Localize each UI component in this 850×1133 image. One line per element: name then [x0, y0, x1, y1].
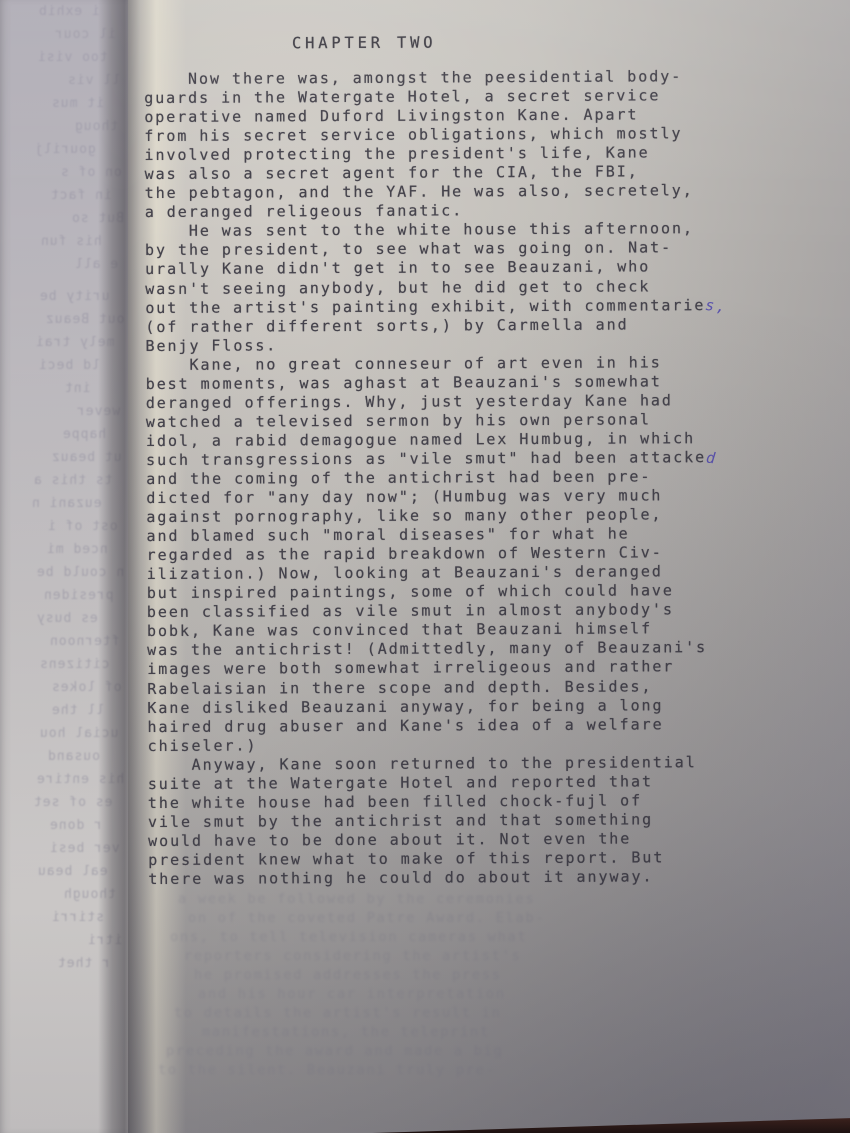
bleedthrough-text: a week be followed by the ceremonieson o…: [158, 890, 758, 1080]
bleedthrough-line: to details the artist's result in: [158, 1004, 758, 1023]
chapter-heading: CHAPTER TWO: [292, 34, 437, 53]
text-line: Anyway, Kane soon returned to the presid…: [148, 752, 788, 774]
bleedthrough-line: a week be followed by the ceremonies: [158, 890, 758, 909]
bleedthrough-line: preceding the award and made a big: [158, 1042, 758, 1061]
bleedthrough-line: reporters considering the artist's: [158, 947, 758, 966]
text-line: the pebtagon, and the YAF. He was also, …: [145, 181, 785, 203]
bleedthrough-line: to the silent. Beauzani truly pre-: [158, 1061, 758, 1080]
bleedthrough-line: on of the coveted Patre Award. Elab-: [158, 909, 758, 928]
text-line: out the artist's painting exhibit, with …: [145, 295, 785, 317]
handwritten-correction: s,: [704, 296, 728, 317]
bleedthrough-line: ons, to tell television cameras what: [158, 928, 758, 947]
text-line: was the antichrist! (Admittedly, many of…: [147, 638, 787, 660]
text-line: there was nothing he could do about it a…: [148, 867, 788, 889]
handwritten-correction: d: [705, 448, 718, 468]
book-photo: i exhibil courtoo visill visit musthougg…: [0, 0, 850, 1133]
typewritten-lines: Now there was, amongst the peesidential …: [144, 67, 788, 889]
text-line: He was sent to the white house this afte…: [145, 219, 785, 241]
bleedthrough-line: and his hour car interpretation: [158, 985, 758, 1004]
bleedthrough-line: he promised addresses the press: [158, 966, 758, 985]
text-line: such transgressions as "vile smut" had b…: [146, 448, 786, 470]
bleedthrough-line: manifestations, the teleprint: [158, 1023, 758, 1042]
